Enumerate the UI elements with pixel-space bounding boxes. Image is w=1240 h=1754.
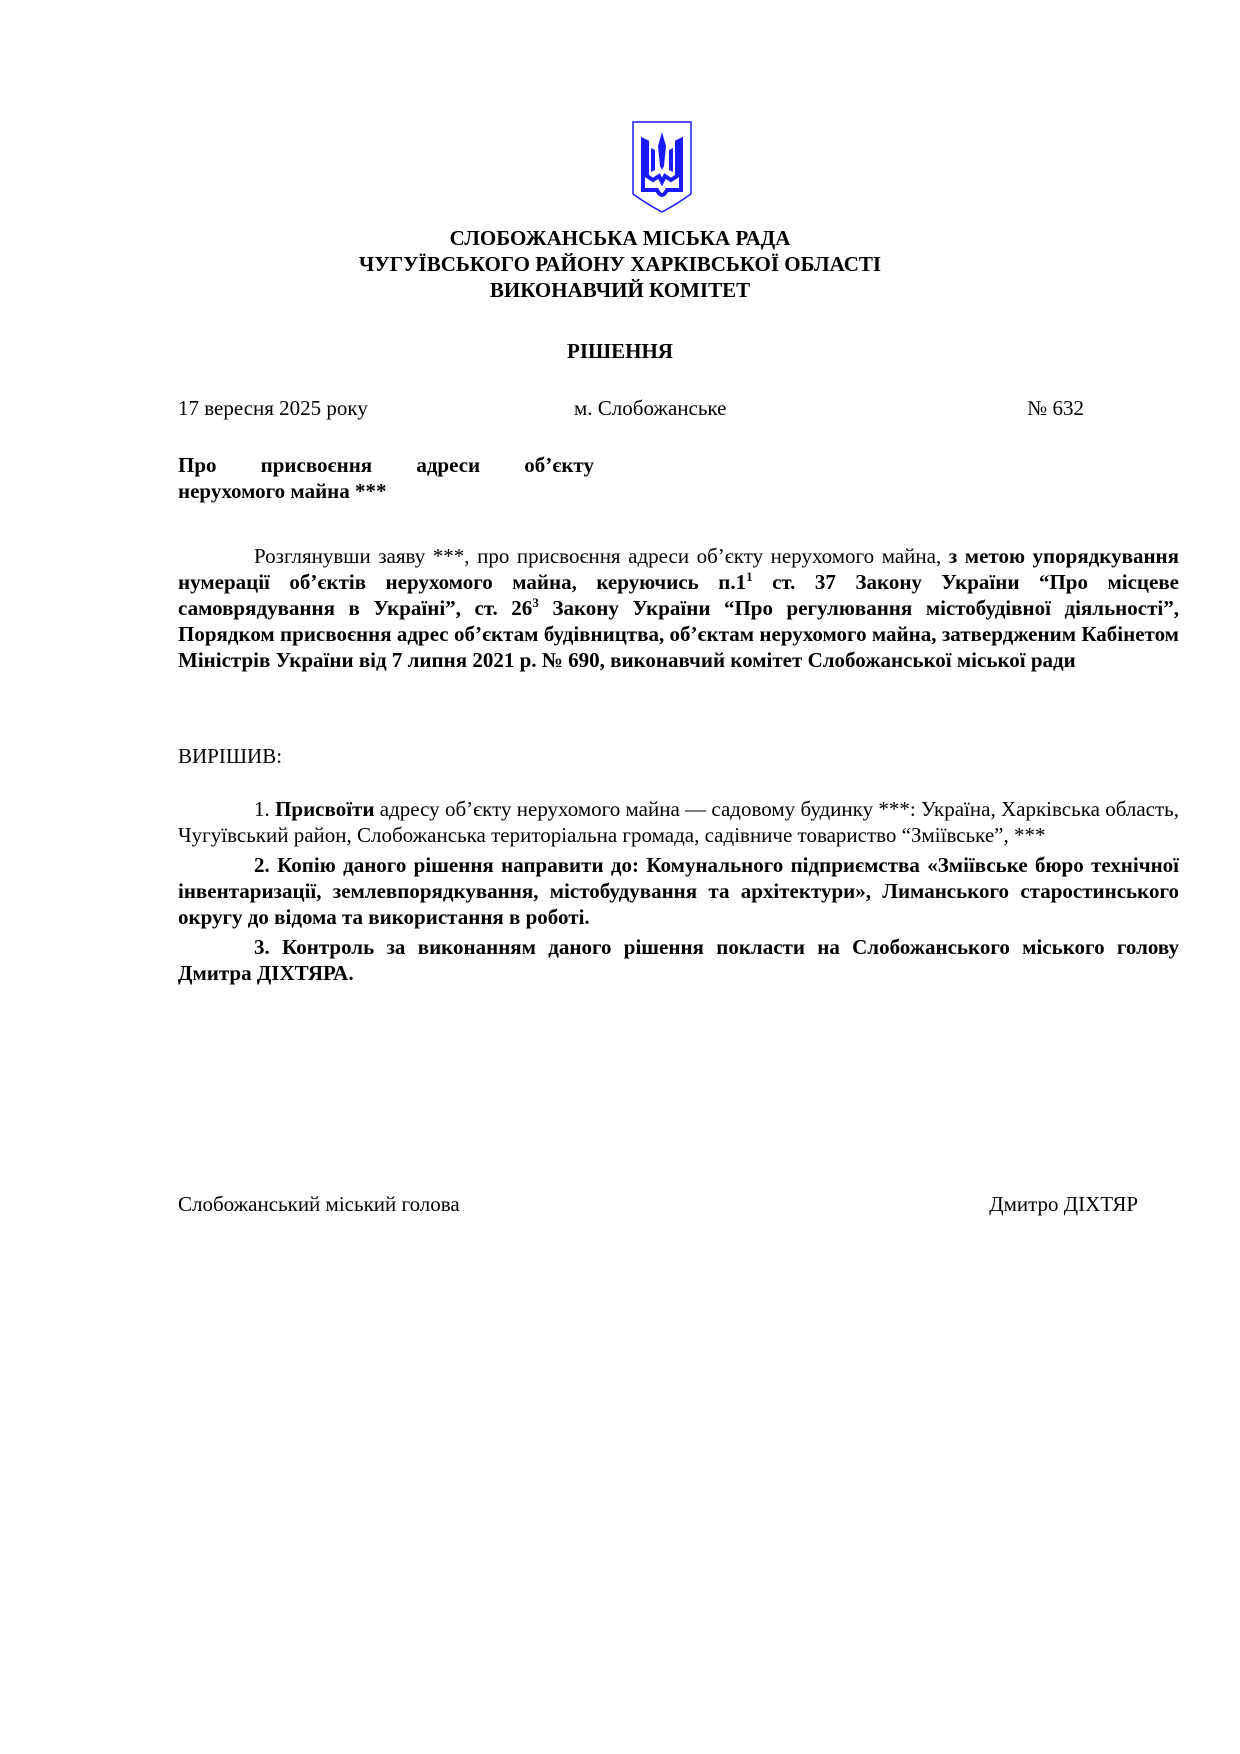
document-title: РІШЕННЯ (0, 339, 1240, 364)
document-place: м. Слобожанське (574, 396, 726, 421)
resolved-label: ВИРІШИВ: (178, 744, 282, 769)
ukraine-coat-of-arms-icon (631, 120, 693, 214)
preamble-part-1: Розглянувши заяву ***, про присвоєння ад… (254, 544, 949, 568)
committee-name: ВИКОНАВЧИЙ КОМІТЕТ (0, 277, 1240, 303)
signatory-name: Дмитро ДІХТЯР (989, 1192, 1138, 1217)
subject-word: присвоєння (261, 452, 373, 478)
preamble-paragraph: Розглянувши заяву ***, про присвоєння ад… (178, 543, 1179, 673)
subject-word: об’єкту (524, 452, 594, 478)
decision-item-3: 3. Контроль за виконанням даного рішення… (178, 934, 1179, 986)
subject-line-2: нерухомого майна *** (178, 478, 594, 504)
document-page: СЛОБОЖАНСЬКА МІСЬКА РАДА ЧУГУЇВСЬКОГО РА… (0, 0, 1240, 1754)
document-date: 17 вересня 2025 року (178, 396, 368, 421)
decision-items: 1. Присвоїти адресу об’єкту нерухомого м… (178, 796, 1179, 990)
council-name: СЛОБОЖАНСЬКА МІСЬКА РАДА (0, 225, 1240, 251)
subject-word: адреси (416, 452, 480, 478)
decision-item-1: 1. Присвоїти адресу об’єкту нерухомого м… (178, 796, 1179, 848)
subject-word: Про (178, 452, 217, 478)
document-meta: 17 вересня 2025 року м. Слобожанське № 6… (178, 396, 1078, 424)
document-subject: Про присвоєння адреси об’єкту нерухомого… (178, 452, 594, 504)
signatory-position: Слобожанський міський голова (178, 1192, 460, 1217)
document-number: № 632 (1027, 396, 1084, 421)
district-name: ЧУГУЇВСЬКОГО РАЙОНУ ХАРКІВСЬКОЇ ОБЛАСТІ (0, 251, 1240, 277)
decision-item-2: 2. Копію даного рішення направити до: Ко… (178, 852, 1179, 930)
